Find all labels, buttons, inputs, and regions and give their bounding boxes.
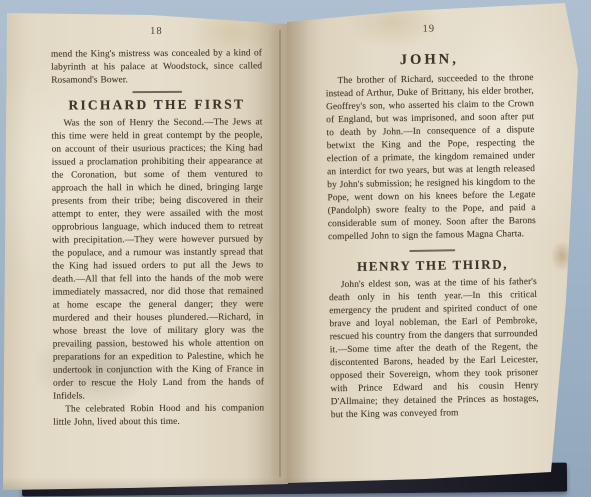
book-page-right: 19 JOHN, The brother of Richard, succeed… xyxy=(285,0,591,497)
heading-henry-the-third: HENRY THE THIRD, xyxy=(328,256,536,274)
book-photo: 18 mend the King's mistress was conceale… xyxy=(0,0,591,497)
page-number-18: 18 xyxy=(51,25,262,37)
section-divider-left xyxy=(132,91,182,93)
paragraph-robin-hood: The celebrated Robin Hood and his compan… xyxy=(53,402,264,429)
page-left-content: 18 mend the King's mistress was conceale… xyxy=(51,0,265,430)
paragraph-rosamond-continuation: mend the King's mistress was concealed b… xyxy=(51,47,262,87)
paragraph-richard-main: Was the son of Henry the Second.—The Jew… xyxy=(51,116,264,403)
page-right-content: 19 JOHN, The brother of Richard, succeed… xyxy=(324,0,539,422)
heading-john: JOHN, xyxy=(325,50,533,69)
heading-richard-the-first: RICHARD THE FIRST xyxy=(51,97,262,112)
paragraph-john: The brother of Richard, succeeded to the… xyxy=(326,72,537,244)
book-page-left: 18 mend the King's mistress was conceale… xyxy=(0,0,292,497)
paragraph-henry: John's eldest son, was at the time of hi… xyxy=(329,276,539,422)
page-number-19: 19 xyxy=(325,22,533,36)
section-divider-right xyxy=(409,249,455,252)
